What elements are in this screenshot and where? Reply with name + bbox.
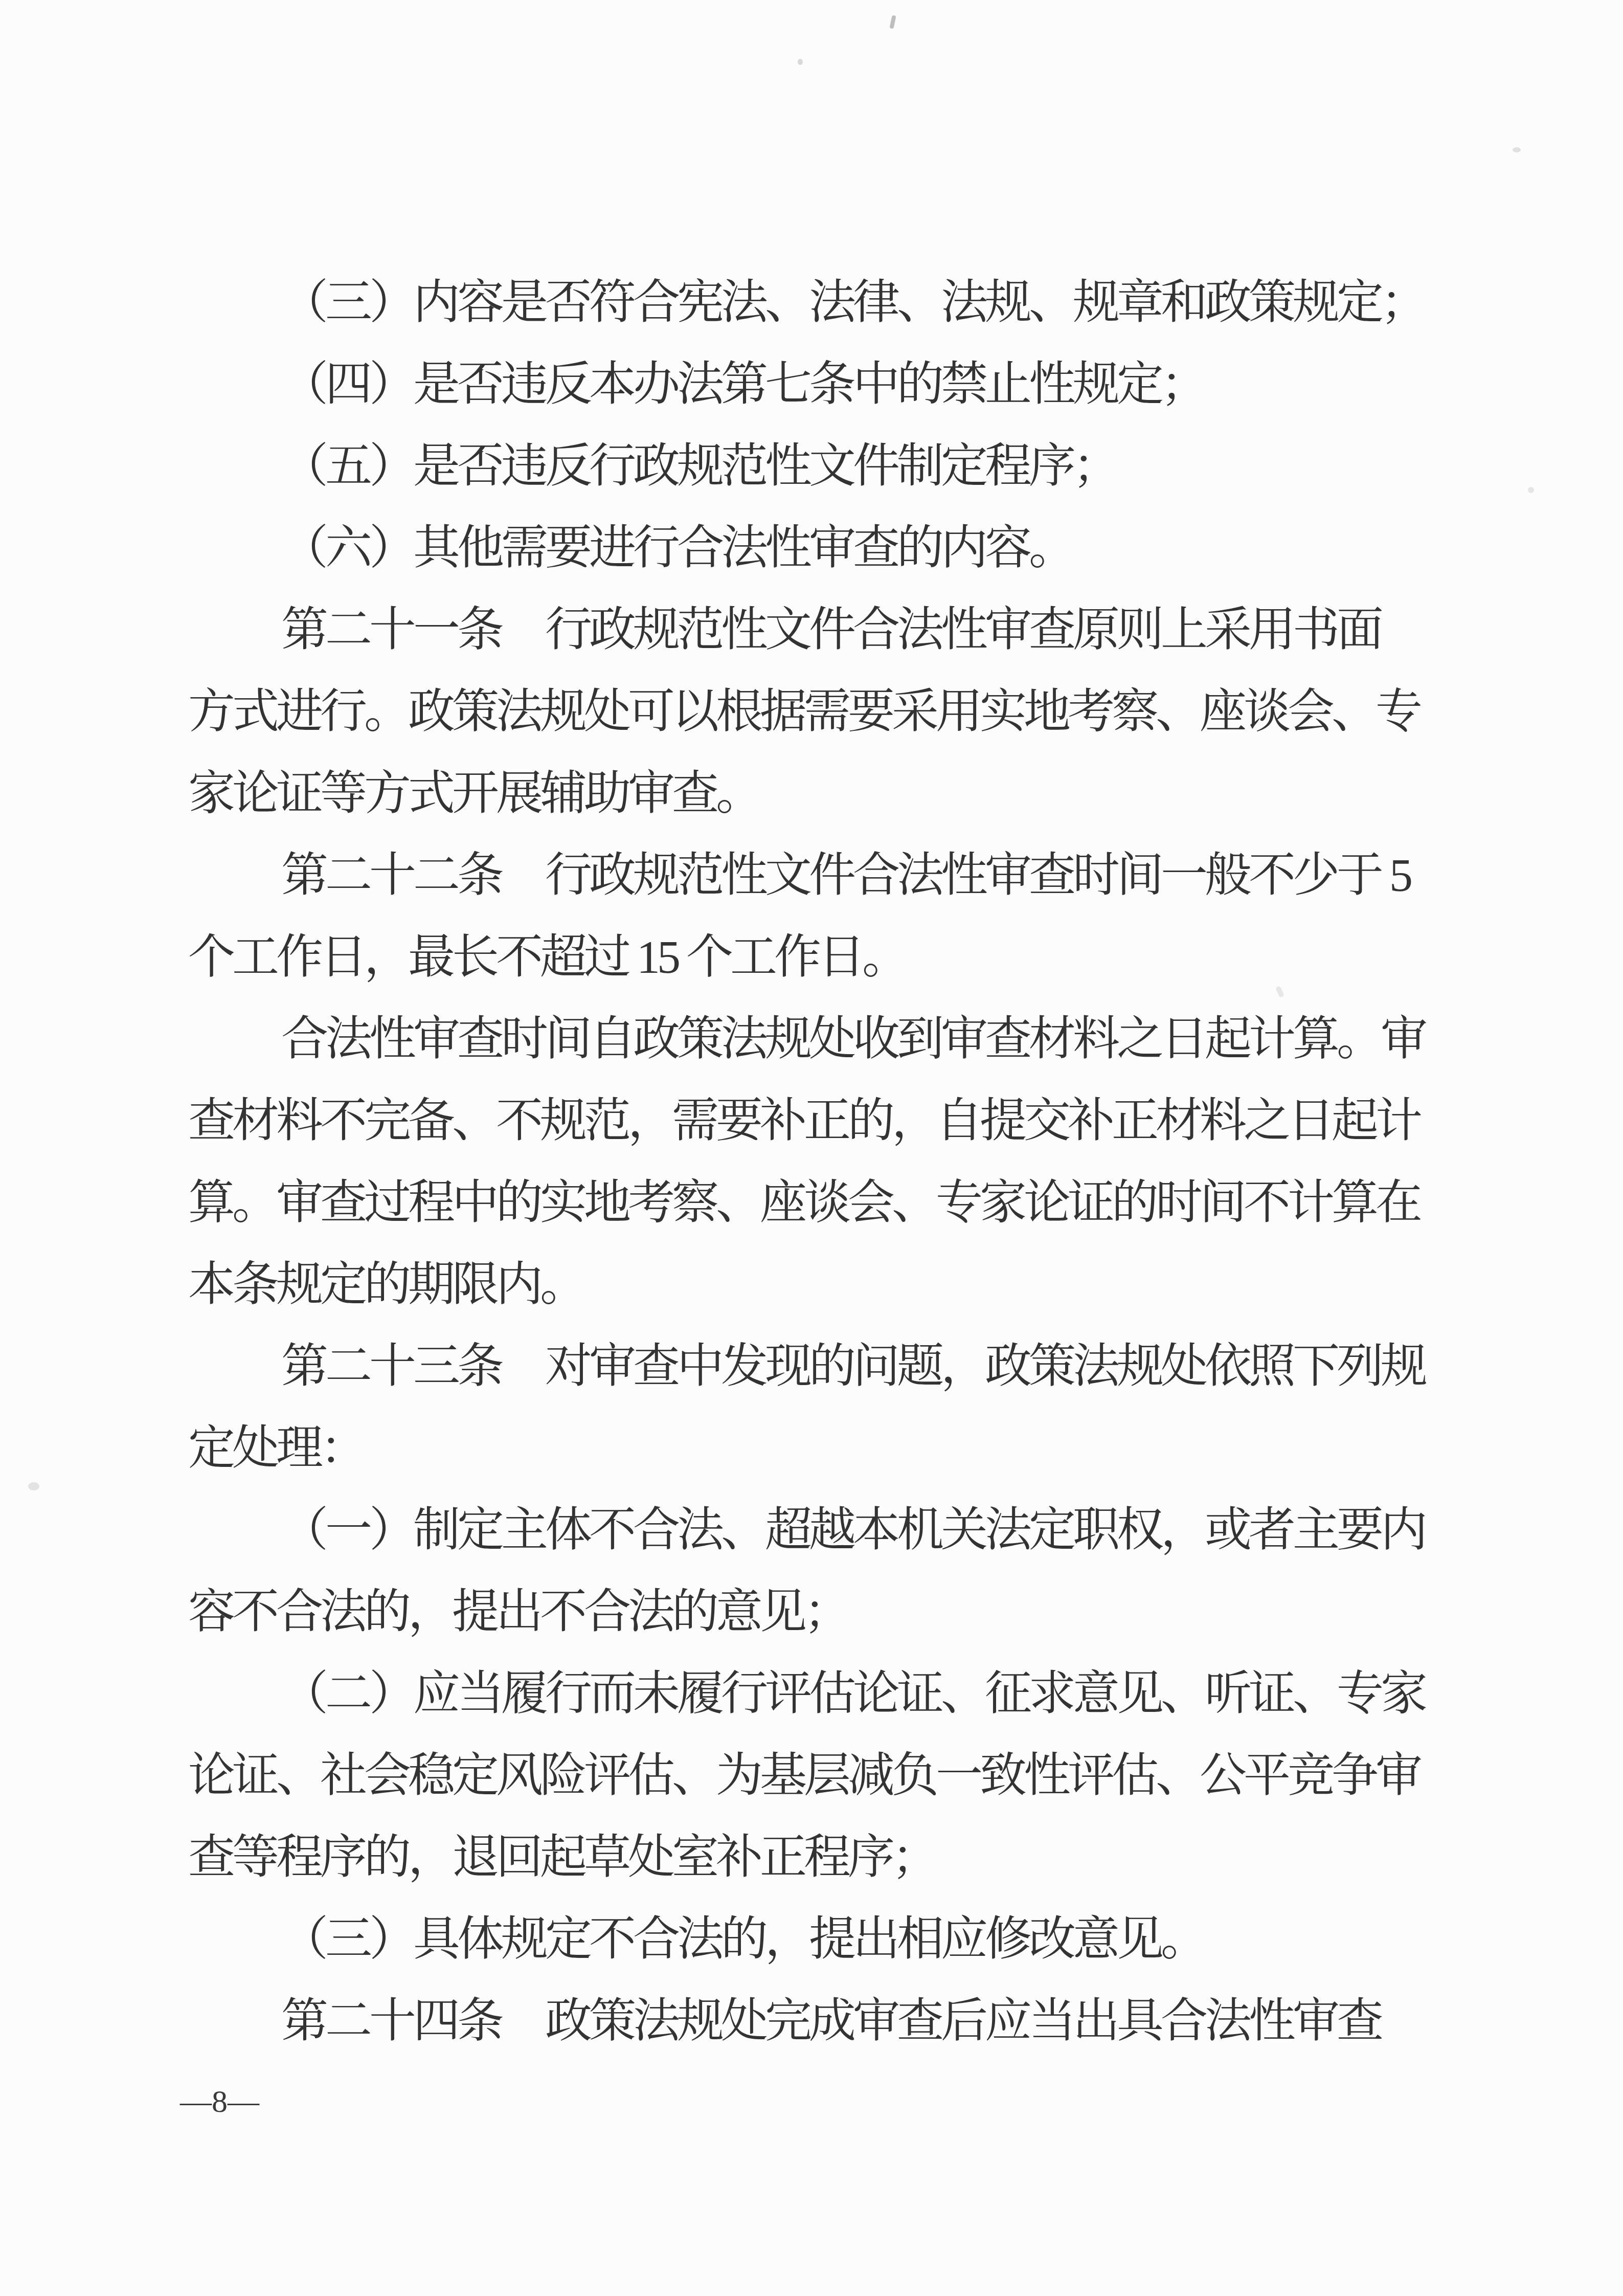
text-line: 合法性审查时间自政策法规处收到审查材料之日起计算。审 (281, 1015, 1425, 1062)
text-line: （三）内容是否符合宪法、法律、法规、规章和政策规定； (281, 279, 1425, 326)
text-line: 第二十一条 行政规范性文件合法性审查原则上采用书面 (281, 606, 1381, 653)
scan-speck (28, 1482, 39, 1490)
text-line: （四）是否违反本办法第七条中的禁止性规定； (281, 361, 1205, 408)
text-line: 查材料不完备、不规范，需要补正的，自提交补正材料之日起计 (188, 1097, 1419, 1144)
text-line: 个工作日，最长不超过 15 个工作日。 (188, 933, 906, 980)
text-line: （六）其他需要进行合法性审查的内容。 (281, 524, 1073, 571)
text-line: 定处理： (188, 1424, 364, 1472)
text-line: 容不合法的，提出不合法的意见； (188, 1588, 848, 1635)
scan-speck (889, 15, 896, 29)
text-line: （一）制定主体不合法、超越本机关法定职权，或者主要内 (281, 1506, 1425, 1553)
text-line: 本条规定的期限内。 (188, 1261, 584, 1308)
text-line: 方式进行。政策法规处可以根据需要采用实地考察、座谈会、专 (188, 688, 1419, 735)
document-page: （三）内容是否符合宪法、法律、法规、规章和政策规定； （四）是否违反本办法第七条… (0, 0, 1623, 2296)
text-line: （三）具体规定不合法的，提出相应修改意见。 (281, 1915, 1205, 1963)
text-line: 论证、社会稳定风险评估、为基层减负一致性评估、公平竞争审 (188, 1752, 1419, 1799)
text-line: 第二十四条 政策法规处完成审查后应当出具合法性审查 (281, 1997, 1381, 2044)
scan-speck (1275, 986, 1284, 998)
text-line: （二）应当履行而未履行评估论证、征求意见、听证、专家 (281, 1670, 1425, 1717)
text-line: 家论证等方式开展辅助审查。 (188, 770, 760, 817)
text-line: 第二十二条 行政规范性文件合法性审查时间一般不少于 5 (281, 852, 1410, 899)
text-line: 算。审查过程中的实地考察、座谈会、专家论证的时间不计算在 (188, 1179, 1419, 1226)
page-number: —8— (180, 2086, 259, 2117)
scan-speck (1513, 147, 1521, 152)
text-line: 第二十三条 对审查中发现的问题，政策法规处依照下列规 (281, 1343, 1425, 1390)
scan-speck (798, 59, 803, 65)
scan-speck (1528, 487, 1534, 493)
text-line: （五）是否违反行政规范性文件制定程序； (281, 442, 1117, 489)
text-line: 查等程序的，退回起草处室补正程序； (188, 1834, 936, 1881)
